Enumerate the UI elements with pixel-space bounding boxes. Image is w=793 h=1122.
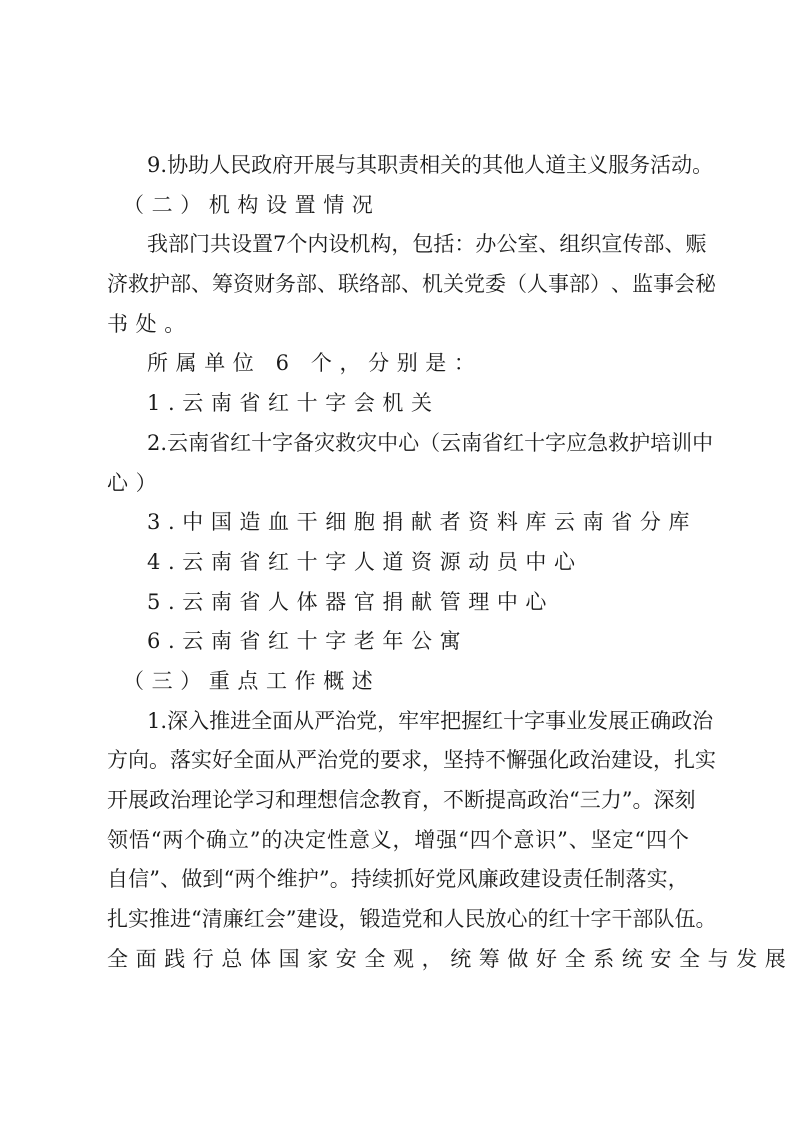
- list-item: 3.中国造血干细胞捐献者资料库云南省分库: [107, 503, 689, 543]
- paragraph-line: 开展政治理论学习和理想信念教育，不断提高政治“三力”。深刻: [107, 781, 689, 821]
- paragraph-line: 全面践行总体国家安全观，统筹做好全系统安全与发展工作。: [107, 940, 689, 980]
- section-heading: （二）机构设置情况: [107, 186, 689, 226]
- document-page: 9.协助人民政府开展与其职责相关的其他人道主义服务活动。 （二）机构设置情况 我…: [107, 146, 689, 979]
- paragraph-line: 书处。: [107, 305, 689, 345]
- list-item: 2.云南省红十字备灾救灾中心（云南省红十字应急救护培训中: [107, 424, 689, 464]
- paragraph-line: 自信”、做到“两个维护”。持续抓好党风廉政建设责任制落实，: [107, 860, 689, 900]
- paragraph-line: 领悟“两个确立”的决定性意义，增强“四个意识”、坚定“四个: [107, 821, 689, 861]
- paragraph-line: 扎实推进“清廉红会”建设，锻造党和人民放心的红十字干部队伍。: [107, 900, 689, 940]
- section-heading: （三）重点工作概述: [107, 662, 689, 702]
- paragraph-line: 所属单位 6 个，分别是：: [107, 344, 689, 384]
- paragraph-line: 济救护部、筹资财务部、联络部、机关党委（人事部）、监事会秘: [107, 265, 689, 305]
- paragraph-line: 9.协助人民政府开展与其职责相关的其他人道主义服务活动。: [107, 146, 689, 186]
- list-item: 4.云南省红十字人道资源动员中心: [107, 543, 689, 583]
- paragraph-line: 我部门共设置 7 个内设机构，包括：办公室、组织宣传部、赈: [107, 225, 689, 265]
- list-item-continuation: 心）: [107, 464, 689, 504]
- list-item: 5.云南省人体器官捐献管理中心: [107, 583, 689, 623]
- paragraph-line: 1.深入推进全面从严治党，牢牢把握红十字事业发展正确政治: [107, 702, 689, 742]
- list-item: 1.云南省红十字会机关: [107, 384, 689, 424]
- list-item: 6.云南省红十字老年公寓: [107, 622, 689, 662]
- paragraph-line: 方向。落实好全面从严治党的要求，坚持不懈强化政治建设，扎实: [107, 741, 689, 781]
